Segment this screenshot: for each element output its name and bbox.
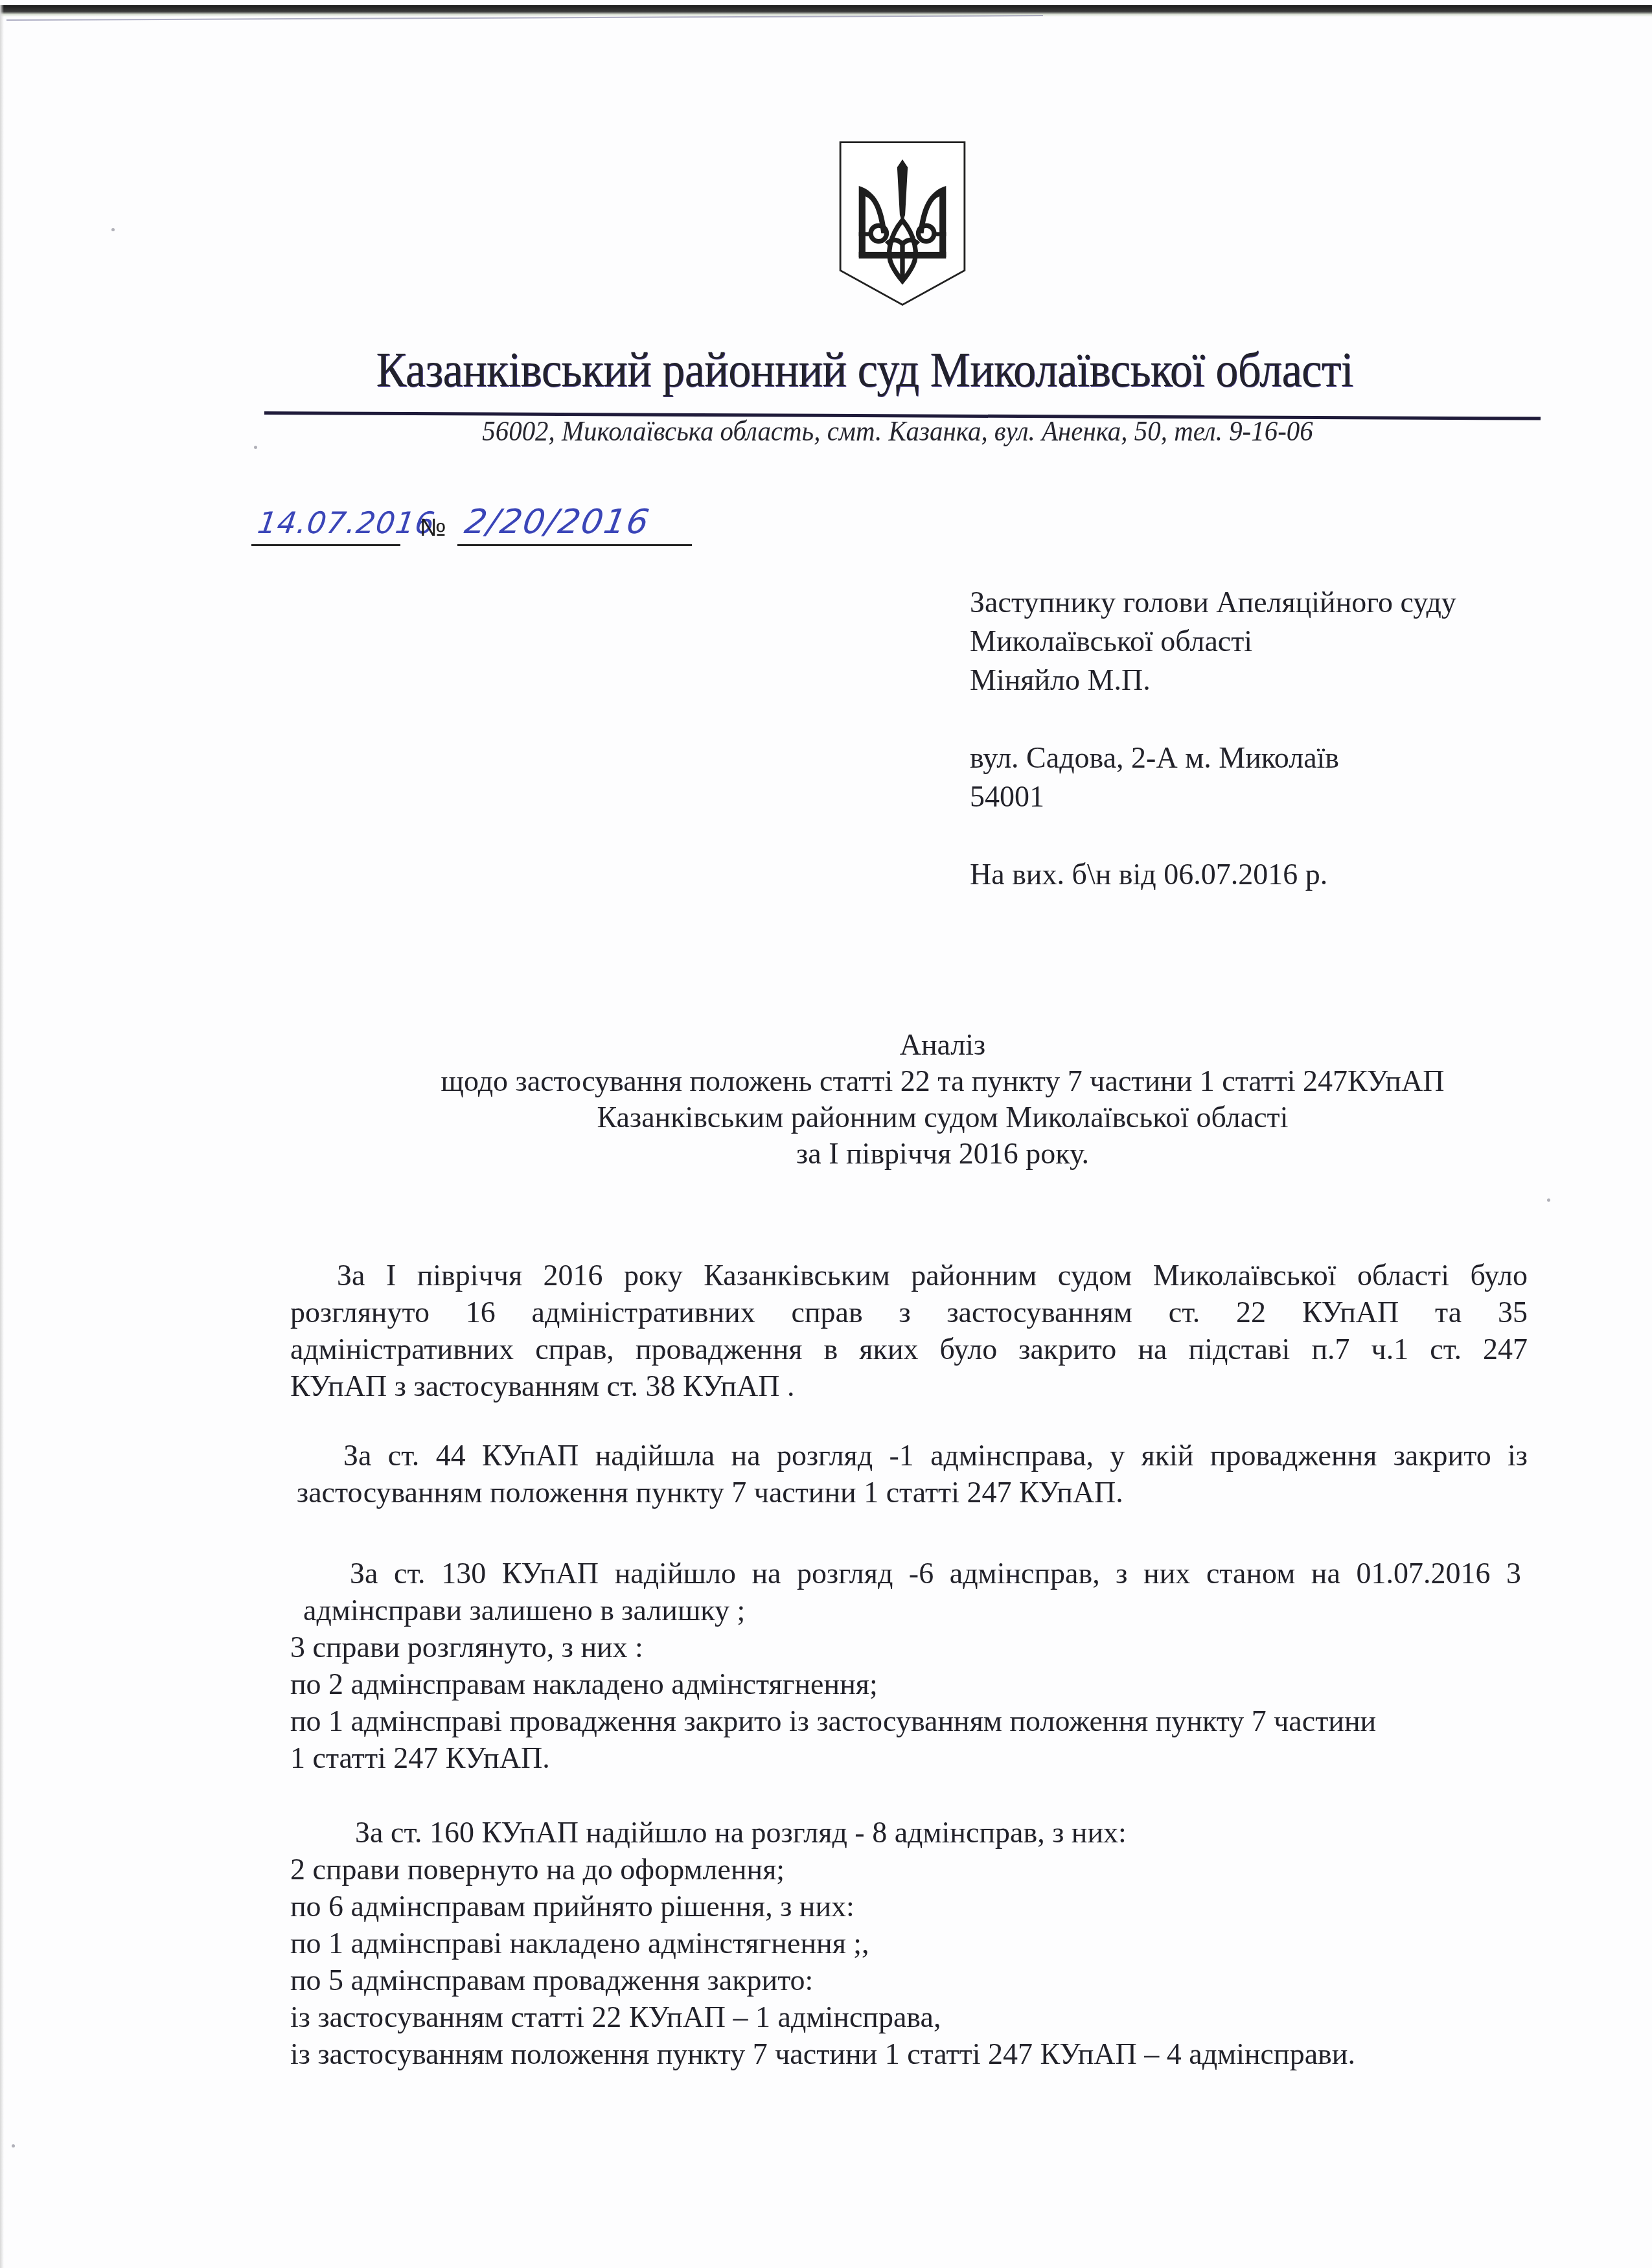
paragraph-2-line-2: застосуванням положення пункту 7 частини…	[297, 1474, 1528, 1511]
paragraph-1-line-4: КУпАП з застосуванням ст. 38 КУпАП .	[290, 1368, 1528, 1404]
court-address-text: 56002, Миколаївська область, смт. Казанк…	[482, 415, 1313, 448]
ukraine-trident-coat-of-arms-icon	[836, 138, 969, 308]
addressee-street: вул. Садова, 2-А м. Миколаїв	[970, 739, 1456, 777]
paragraph-3-line-3: 3 справи розглянуто, з них :	[290, 1629, 1521, 1666]
title-line-1: Аналіз	[363, 1027, 1522, 1063]
addressee-position: Заступнику голови Апеляційного суду	[970, 583, 1456, 622]
title-line-4: за І півріччя 2016 року.	[363, 1136, 1522, 1172]
paragraph-3-line-2: адмінсправи залишено в залишку ;	[303, 1592, 1521, 1629]
addressee-region: Миколаївської області	[970, 622, 1456, 661]
paragraph-4-line-1: За ст. 160 КУпАП надійшло на розгляд - 8…	[290, 1814, 1528, 1851]
paragraph-1-line-3: адміністративних справ, провадження в як…	[290, 1331, 1528, 1368]
incoming-reference: На вих. б\н від 06.07.2016 р.	[970, 855, 1456, 894]
scan-speck	[1547, 1198, 1550, 1202]
paragraph-3-line-4: по 2 адмінсправам накладено адмінстягнен…	[290, 1666, 1521, 1702]
paragraph-2-line-1: За ст. 44 КУпАП надійшла на розгляд -1 а…	[297, 1437, 1528, 1474]
paragraph-4-line-2: 2 справи повернуто на до оформлення;	[290, 1851, 1528, 1888]
paragraph-4-line-3: по 6 адмінсправам прийнято рішення, з ни…	[290, 1888, 1528, 1925]
paragraph-article-130: За ст. 130 КУпАП надійшло на розгляд -6 …	[303, 1555, 1521, 1776]
title-line-3: Казанківським районним судом Миколаївськ…	[363, 1099, 1522, 1136]
court-name-text: Казанківський районний суд Миколаївської…	[376, 342, 1353, 398]
paragraph-4-line-5: по 5 адмінсправам провадження закрито:	[290, 1962, 1528, 1999]
paragraph-article-44: За ст. 44 КУпАП надійшла на розгляд -1 а…	[297, 1437, 1528, 1511]
registration-date-underline	[251, 544, 400, 546]
registration-number-handwritten: 2/20/2016	[462, 503, 653, 542]
registration-date-handwritten: 14.07.2016	[255, 505, 437, 540]
paragraph-3-line-5: по 1 адмінсправі провадження закрито із …	[290, 1702, 1521, 1739]
scanned-letter-page: Казанківський районний суд Миколаївської…	[0, 0, 1652, 2268]
scan-speck	[254, 446, 257, 449]
addressee-postcode: 54001	[970, 777, 1456, 816]
scan-speck	[111, 228, 115, 231]
paragraph-1-line-1: За І півріччя 2016 року Казанківським ра…	[290, 1257, 1528, 1294]
paragraph-4-line-4: по 1 адмінсправі накладено адмінстягненн…	[290, 1925, 1528, 1962]
court-name-heading: Казанківський районний суд Миколаївської…	[0, 342, 1652, 398]
paragraph-article-160: За ст. 160 КУпАП надійшло на розгляд - 8…	[290, 1814, 1528, 2072]
addressee-block: Заступнику голови Апеляційного суду Мико…	[970, 583, 1456, 894]
scan-shadow-top	[0, 5, 1652, 17]
paragraph-summary: За І півріччя 2016 року Казанківським ра…	[290, 1257, 1528, 1404]
document-title: Аналіз щодо застосування положень статті…	[363, 1027, 1522, 1172]
paragraph-4-line-6: із застосуванням статті 22 КУпАП – 1 адм…	[290, 1999, 1528, 2035]
paragraph-3-line-6: 1 статті 247 КУпАП.	[290, 1739, 1521, 1776]
paragraph-4-line-7: із застосуванням положення пункту 7 част…	[290, 2035, 1528, 2072]
registration-number-underline	[457, 544, 692, 546]
addressee-name: Міняйло М.П.	[970, 661, 1456, 700]
registration-number-label: №	[420, 514, 446, 542]
paragraph-1-line-2: розглянуто 16 адміністративних справ з з…	[290, 1294, 1528, 1331]
paragraph-3-line-1: За ст. 130 КУпАП надійшло на розгляд -6 …	[303, 1555, 1521, 1592]
title-line-2: щодо застосування положень статті 22 та …	[363, 1063, 1522, 1099]
registration-line: 14.07.2016 № 2/20/2016	[251, 505, 718, 557]
scan-speck	[12, 2144, 15, 2148]
court-address: 56002, Миколаївська область, смт. Казанк…	[0, 415, 1652, 448]
